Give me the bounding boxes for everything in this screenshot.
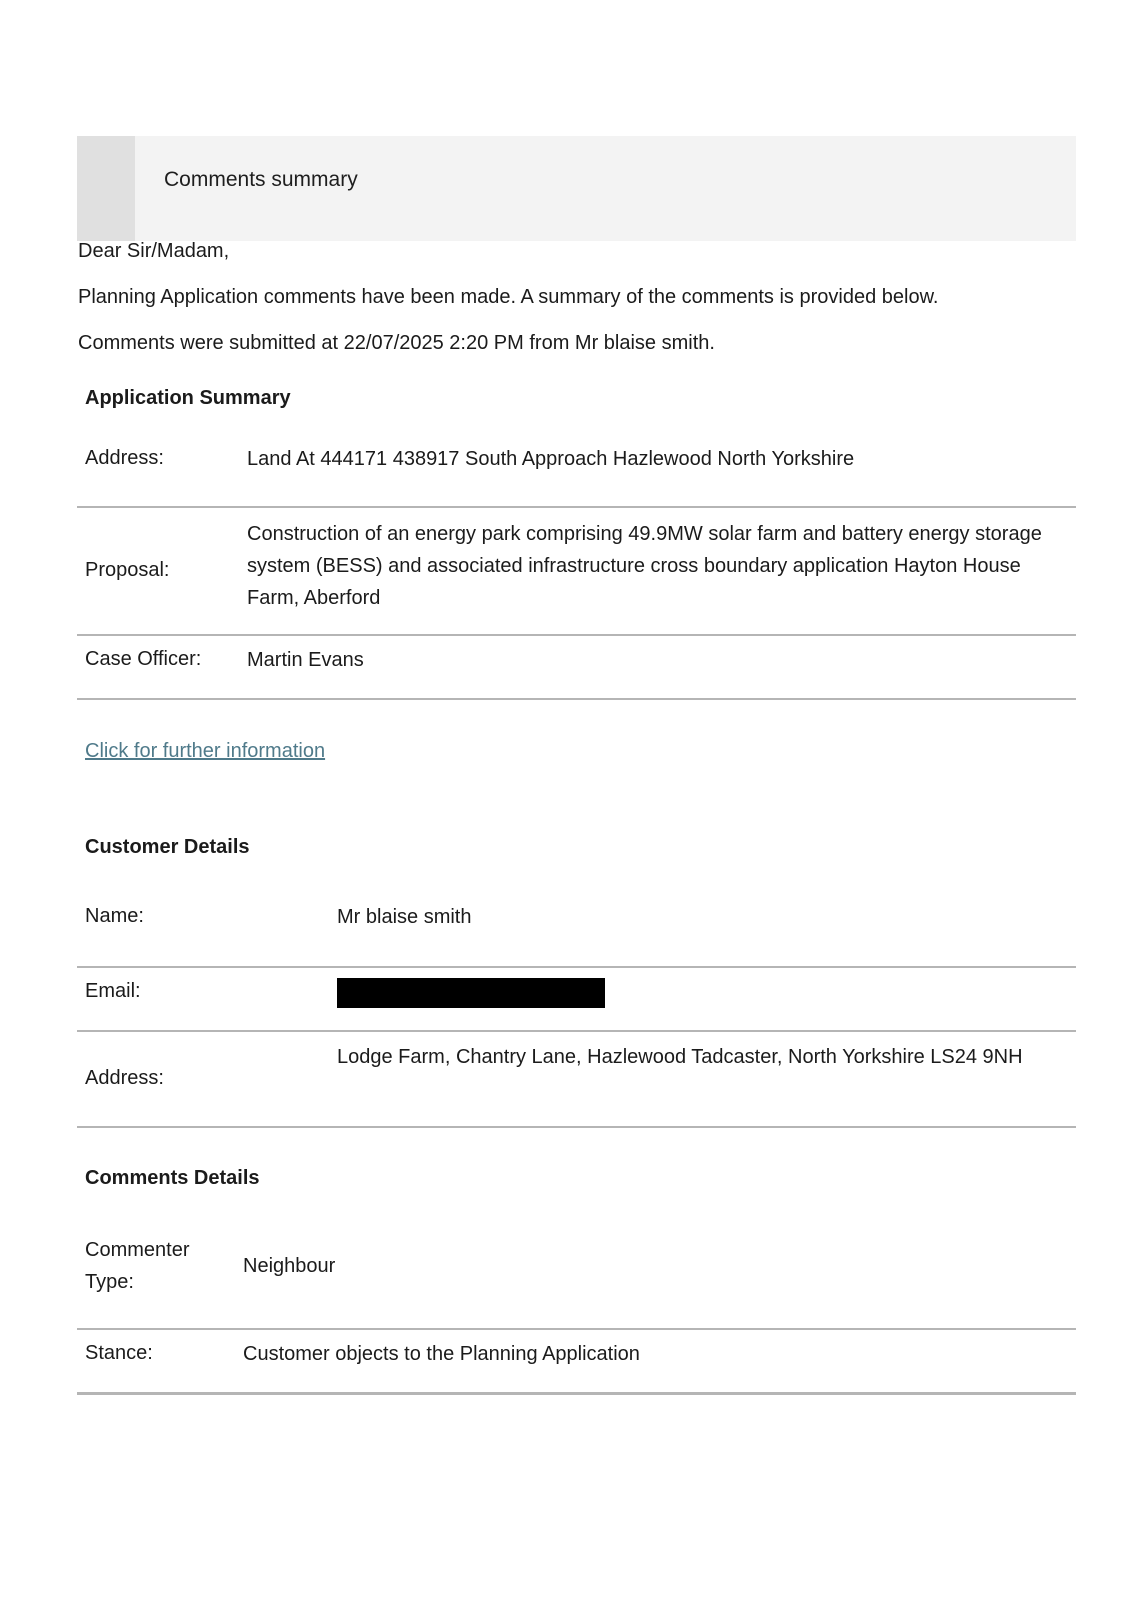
app-row-address: Address: Land At 444171 438917 South App… bbox=[77, 430, 1076, 508]
comments-details-title: Comments Details bbox=[85, 1167, 260, 1190]
intro-line-2: Comments were submitted at 22/07/2025 2:… bbox=[78, 332, 715, 355]
banner-accent-bar bbox=[77, 136, 135, 241]
app-proposal-value: Construction of an energy park comprisin… bbox=[247, 518, 1047, 614]
further-information-link[interactable]: Click for further information bbox=[85, 740, 325, 763]
app-row-proposal: Proposal: Construction of an energy park… bbox=[77, 508, 1076, 636]
comments-summary-banner: Comments summary bbox=[77, 136, 1076, 241]
comm-type-label: Commenter Type: bbox=[85, 1234, 220, 1298]
greeting: Dear Sir/Madam, bbox=[78, 240, 229, 263]
intro-line-1: Planning Application comments have been … bbox=[78, 286, 938, 309]
app-proposal-label: Proposal: bbox=[85, 559, 170, 582]
cust-email-label: Email: bbox=[85, 980, 141, 1003]
email-redaction bbox=[337, 978, 605, 1008]
cust-name-value: Mr blaise smith bbox=[337, 901, 471, 933]
comm-type-value: Neighbour bbox=[243, 1250, 335, 1282]
app-case-officer-label: Case Officer: bbox=[85, 648, 201, 671]
app-case-officer-value: Martin Evans bbox=[247, 644, 364, 676]
cust-address-value: Lodge Farm, Chantry Lane, Hazlewood Tadc… bbox=[337, 1041, 1047, 1073]
comm-stance-value: Customer objects to the Planning Applica… bbox=[243, 1338, 640, 1370]
cust-name-label: Name: bbox=[85, 905, 144, 928]
customer-details-title: Customer Details bbox=[85, 836, 250, 859]
cust-row-name: Name: Mr blaise smith bbox=[77, 880, 1076, 968]
app-address-value: Land At 444171 438917 South Approach Haz… bbox=[247, 443, 854, 475]
app-row-case-officer: Case Officer: Martin Evans bbox=[77, 636, 1076, 700]
cust-address-label: Address: bbox=[85, 1067, 164, 1090]
app-address-label: Address: bbox=[85, 447, 164, 470]
cust-row-address: Address: Lodge Farm, Chantry Lane, Hazle… bbox=[77, 1032, 1076, 1128]
comm-stance-label: Stance: bbox=[85, 1342, 153, 1365]
comm-row-stance: Stance: Customer objects to the Planning… bbox=[77, 1330, 1076, 1395]
cust-row-email: Email: bbox=[77, 968, 1076, 1032]
comm-row-commenter-type: Commenter Type: Neighbour bbox=[77, 1230, 1076, 1330]
page-title: Comments summary bbox=[135, 136, 358, 241]
application-summary-title: Application Summary bbox=[85, 387, 291, 410]
